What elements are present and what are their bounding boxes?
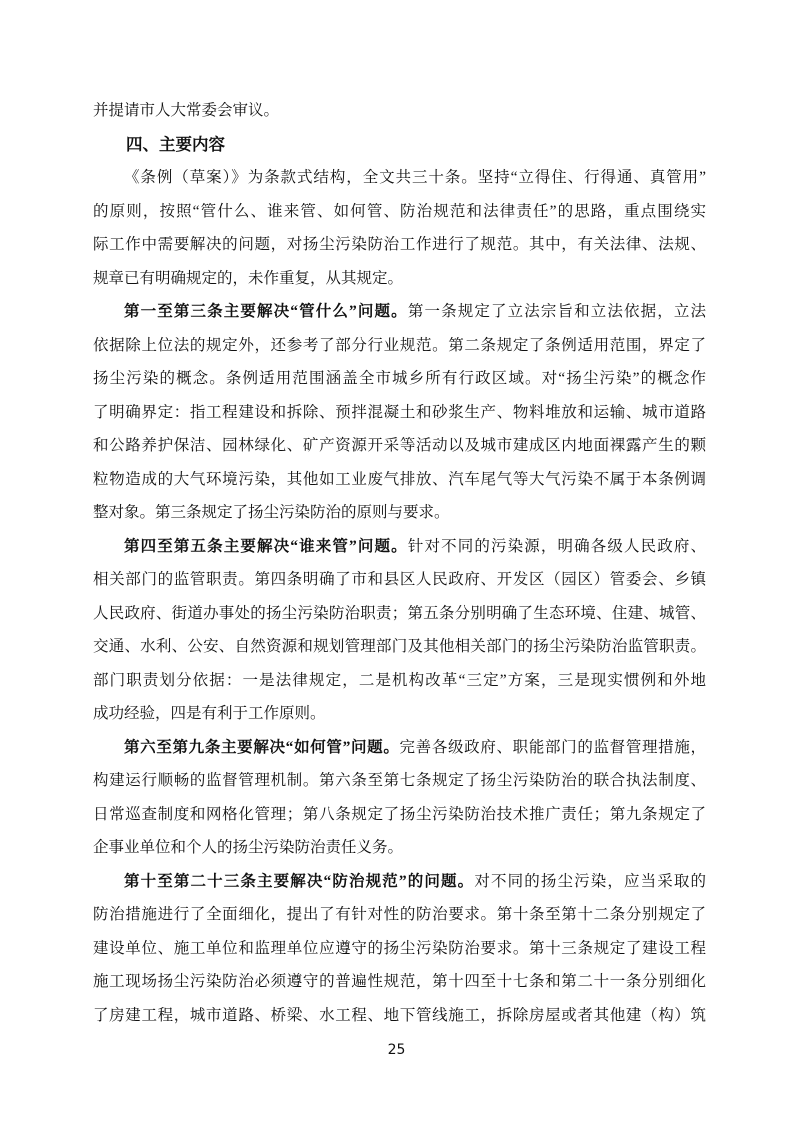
paragraph-text: 粒物造成的大气环境污染，其他如工业废气排放、汽车尾气等大气污染不属于本条例调 — [93, 471, 706, 488]
text-line: 《条例（草案）》为条款式结构，全文共三十条。坚持“立得住、行得通、真管用” — [93, 161, 706, 195]
paragraph-text: 构建运行顺畅的监督管理机制。第六条至第七条规定了扬尘污染防治的联合执法制度、 — [93, 772, 706, 789]
paragraph-text: 依据除上位法的规定外，还参考了部分行业规范。第二条规定了条例适用范围，界定了 — [93, 337, 706, 354]
paragraph-articles-1-3: 第一至第三条主要解决“管什么”问题。第一条规定了立法宗旨和立法依据，立法 依据除… — [93, 295, 706, 530]
paragraph-lead: 第十至第二十三条主要解决“防治规范”的问题。 — [124, 873, 474, 890]
text-line: 并提请市人大常委会审议。 — [93, 94, 706, 128]
paragraph-text: 防治措施进行了全面细化，提出了有针对性的防治要求。第十条至第十二条分别规定了 — [93, 906, 706, 923]
text-line: 第六至第九条主要解决“如何管”问题。完善各级政府、职能部门的监督管理措施， — [93, 731, 706, 765]
paragraph-text: 建设单位、施工单位和监理单位应遵守的扬尘污染防治要求。第十三条规定了建设工程 — [93, 940, 706, 957]
document-page: 并提请市人大常委会审议。 四、主要内容 《条例（草案）》为条款式结构，全文共三十… — [0, 0, 793, 1122]
paragraph-lead: 第四至第五条主要解决“谁来管”问题。 — [124, 538, 408, 555]
text-line: 相关部门的监管职责。第四条明确了市和县区人民政府、开发区（园区）管委会、乡镇 — [93, 563, 706, 597]
paragraph-text: 扬尘污染的概念。条例适用范围涵盖全市城乡所有行政区域。对“扬尘污染”的概念作 — [93, 370, 706, 387]
paragraph-text: 整对象。第三条规定了扬尘污染防治的原则与要求。 — [93, 504, 450, 521]
paragraph-text: 企事业单位和个人的扬尘污染防治责任义务。 — [93, 839, 403, 856]
paragraph-lead: 第六至第九条主要解决“如何管”问题。 — [124, 739, 400, 756]
text-line: 部门职责划分依据：一是法律规定，二是机构改革“三定”方案，三是现实惯例和外地 — [93, 664, 706, 698]
paragraph-text: 交通、水利、公安、自然资源和规划管理部门及其他相关部门的扬尘污染防治监管职责。 — [93, 638, 706, 655]
paragraph-articles-10-23: 第十至第二十三条主要解决“防治规范”的问题。对不同的扬尘污染，应当采取的 防治措… — [93, 865, 706, 1033]
text-line: 了房建工程，城市道路、桥梁、水工程、地下管线施工，拆除房屋或者其他建（构）筑 — [93, 999, 706, 1033]
section-heading-text: 四、主要内容 — [93, 128, 706, 162]
text-line: 人民政府、街道办事处的扬尘污染防治职责；第五条分别明确了生态环境、住建、城管、 — [93, 597, 706, 631]
text-line: 际工作中需要解决的问题，对扬尘污染防治工作进行了规范。其中，有关法律、法规、 — [93, 228, 706, 262]
text-line: 第十至第二十三条主要解决“防治规范”的问题。对不同的扬尘污染，应当采取的 — [93, 865, 706, 899]
text-line: 建设单位、施工单位和监理单位应遵守的扬尘污染防治要求。第十三条规定了建设工程 — [93, 932, 706, 966]
text-line: 的原则，按照“管什么、谁来管、如何管、防治规范和法律责任”的思路，重点围绕实 — [93, 195, 706, 229]
text-line: 依据除上位法的规定外，还参考了部分行业规范。第二条规定了条例适用范围，界定了 — [93, 329, 706, 363]
text-line: 整对象。第三条规定了扬尘污染防治的原则与要求。 — [93, 496, 706, 530]
text-line: 防治措施进行了全面细化，提出了有针对性的防治要求。第十条至第十二条分别规定了 — [93, 898, 706, 932]
paragraph-text: 针对不同的污染源，明确各级人民政府、 — [408, 538, 706, 555]
paragraph-text: 施工现场扬尘污染防治必须遵守的普遍性规范，第十四至十七条和第二十一条分别细化 — [93, 973, 706, 990]
paragraph-text: 对不同的扬尘污染，应当采取的 — [474, 873, 706, 890]
page-number: 25 — [0, 1042, 793, 1058]
text-line: 扬尘污染的概念。条例适用范围涵盖全市城乡所有行政区域。对“扬尘污染”的概念作 — [93, 362, 706, 396]
text-line: 交通、水利、公安、自然资源和规划管理部门及其他相关部门的扬尘污染防治监管职责。 — [93, 630, 706, 664]
text-line: 构建运行顺畅的监督管理机制。第六条至第七条规定了扬尘污染防治的联合执法制度、 — [93, 764, 706, 798]
text-line: 第一至第三条主要解决“管什么”问题。第一条规定了立法宗旨和立法依据，立法 — [93, 295, 706, 329]
text-line: 第四至第五条主要解决“谁来管”问题。针对不同的污染源，明确各级人民政府、 — [93, 530, 706, 564]
paragraph-text: 和公路养护保洁、园林绿化、矿产资源开采等活动以及城市建成区内地面裸露产生的颗 — [93, 437, 706, 454]
paragraph-text: 人民政府、街道办事处的扬尘污染防治职责；第五条分别明确了生态环境、住建、城管、 — [93, 605, 706, 622]
paragraph-text: 相关部门的监管职责。第四条明确了市和县区人民政府、开发区（园区）管委会、乡镇 — [93, 571, 706, 588]
text-line: 了明确界定：指工程建设和拆除、预拌混凝土和砂浆生产、物料堆放和运输、城市道路 — [93, 396, 706, 430]
text-line: 日常巡查制度和网格化管理；第八条规定了扬尘污染防治技术推广责任；第九条规定了 — [93, 798, 706, 832]
document-body: 并提请市人大常委会审议。 四、主要内容 《条例（草案）》为条款式结构，全文共三十… — [93, 94, 706, 1032]
paragraph-lead: 第一至第三条主要解决“管什么”问题。 — [124, 303, 408, 320]
paragraph-text: 并提请市人大常委会审议。 — [93, 102, 279, 119]
heading-text: 四、主要内容 — [126, 135, 225, 154]
text-line: 企事业单位和个人的扬尘污染防治责任义务。 — [93, 831, 706, 865]
text-line: 和公路养护保洁、园林绿化、矿产资源开采等活动以及城市建成区内地面裸露产生的颗 — [93, 429, 706, 463]
text-line: 成功经验，四是有利于工作原则。 — [93, 697, 706, 731]
text-line: 粒物造成的大气环境污染，其他如工业废气排放、汽车尾气等大气污染不属于本条例调 — [93, 463, 706, 497]
paragraph-text: 成功经验，四是有利于工作原则。 — [93, 705, 326, 722]
paragraph-text: 了明确界定：指工程建设和拆除、预拌混凝土和砂浆生产、物料堆放和运输、城市道路 — [93, 404, 706, 421]
paragraph-text: 第一条规定了立法宗旨和立法依据，立法 — [408, 303, 706, 320]
paragraph-overview: 《条例（草案）》为条款式结构，全文共三十条。坚持“立得住、行得通、真管用” 的原… — [93, 161, 706, 295]
paragraph-text: 《条例（草案）》为条款式结构，全文共三十条。坚持“立得住、行得通、真管用” — [124, 169, 706, 186]
section-heading: 四、主要内容 — [93, 128, 706, 162]
text-line: 规章已有明确规定的，未作重复，从其规定。 — [93, 262, 706, 296]
paragraph-text: 了房建工程，城市道路、桥梁、水工程、地下管线施工，拆除房屋或者其他建（构）筑 — [93, 1007, 706, 1024]
paragraph-text: 日常巡查制度和网格化管理；第八条规定了扬尘污染防治技术推广责任；第九条规定了 — [93, 806, 706, 823]
paragraph-articles-4-5: 第四至第五条主要解决“谁来管”问题。针对不同的污染源，明确各级人民政府、 相关部… — [93, 530, 706, 731]
paragraph-text: 完善各级政府、职能部门的监督管理措施， — [400, 739, 707, 756]
paragraph-text: 部门职责划分依据：一是法律规定，二是机构改革“三定”方案，三是现实惯例和外地 — [93, 672, 706, 689]
text-line: 施工现场扬尘污染防治必须遵守的普遍性规范，第十四至十七条和第二十一条分别细化 — [93, 965, 706, 999]
paragraph-articles-6-9: 第六至第九条主要解决“如何管”问题。完善各级政府、职能部门的监督管理措施， 构建… — [93, 731, 706, 865]
paragraph-text: 际工作中需要解决的问题，对扬尘污染防治工作进行了规范。其中，有关法律、法规、 — [93, 236, 706, 253]
paragraph-text: 规章已有明确规定的，未作重复，从其规定。 — [93, 270, 403, 287]
paragraph-text: 的原则，按照“管什么、谁来管、如何管、防治规范和法律责任”的思路，重点围绕实 — [93, 203, 706, 220]
paragraph-continuation: 并提请市人大常委会审议。 — [93, 94, 706, 128]
